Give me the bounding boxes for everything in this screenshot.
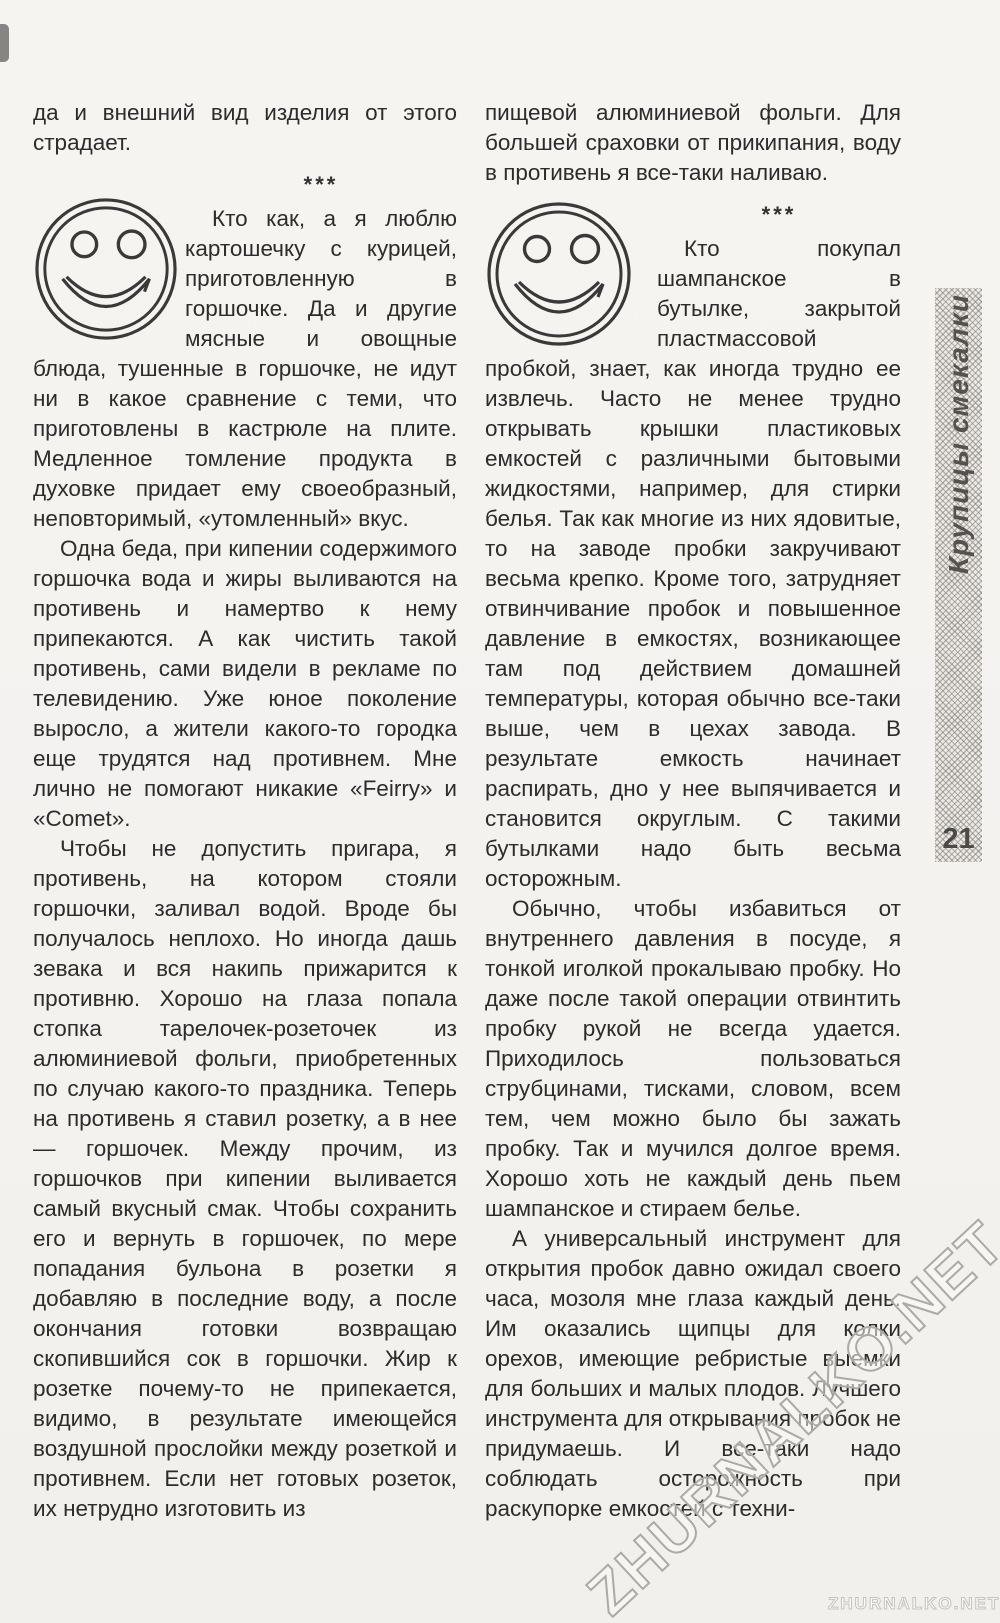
left-smiley-section: *** Кто как, а я люблю картошечку с кури… <box>33 174 457 534</box>
rubric-title: Крупицы смекалки <box>943 294 975 574</box>
smiley-face-icon <box>485 204 657 349</box>
right-smiley-section: *** Кто покупал шампанское в бутылке, за… <box>485 204 901 894</box>
scanned-magazine-page: { "left": { "intro": "да и внешний вид и… <box>0 0 1000 1623</box>
right-column: пищевой алюминиевой фольги. Для большей … <box>485 98 901 1524</box>
page-number: 21 <box>942 823 974 856</box>
left-paragraph-cleaning: Одна беда, при кипении содержимого горшо… <box>33 534 457 834</box>
right-intro-paragraph: пищевой алюминиевой фольги. Для большей … <box>485 98 901 188</box>
right-paragraph-needle: Обычно, чтобы избавиться от внутреннего … <box>485 894 901 1224</box>
left-column: да и внешний вид изделия от этого страда… <box>33 98 457 1524</box>
smiley-face-drawing <box>33 196 179 342</box>
left-paragraph-foil-saucers: Чтобы не допустить пригара, я противень,… <box>33 834 457 1524</box>
page-body: да и внешний вид изделия от этого страда… <box>33 98 901 1524</box>
smiley-face-icon <box>33 174 185 350</box>
scan-artifact <box>0 24 9 62</box>
left-intro-paragraph: да и внешний вид изделия от этого страда… <box>33 98 457 158</box>
footer-watermark: ZHURNALKO.NET <box>828 1594 1000 1614</box>
smiley-face-drawing <box>485 200 633 348</box>
right-paragraph-nutcracker: А универсальный инструмент для открытия … <box>485 1224 901 1524</box>
rubric-strip: Крупицы смекалки 21 <box>935 288 982 862</box>
